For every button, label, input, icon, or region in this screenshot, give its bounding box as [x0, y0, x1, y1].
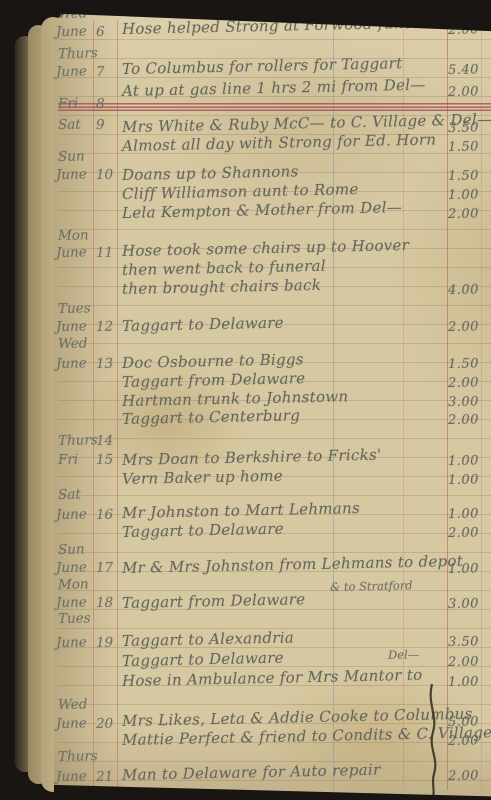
entry-day-of-week: Wed: [58, 696, 88, 713]
entry-amount: 2.00: [448, 733, 479, 749]
entry-amount: 1.00: [448, 674, 479, 690]
entry-amount: 2.00: [448, 375, 479, 391]
entry-amount: 2.00: [448, 319, 479, 335]
entry-month: June: [56, 63, 87, 80]
entry-day-of-week: Sat: [58, 117, 81, 133]
entry-description: Doans up to Shannons: [122, 162, 299, 184]
entry-day-number: 8: [96, 96, 105, 112]
entry-day-of-week: Fri: [58, 96, 78, 112]
entry-amount: 1.00: [448, 561, 479, 577]
entry-day-of-week: Tues: [58, 610, 91, 627]
entry-description: Taggart from Delaware: [122, 590, 306, 612]
entry-day-of-week: Mon: [58, 576, 89, 593]
entry-day-number: 19: [96, 635, 114, 651]
entry-day-of-week: Mon: [58, 227, 89, 244]
entry-description: Taggart to Centerburg: [122, 406, 300, 428]
entry-description: Doc Osbourne to Biggs: [122, 350, 304, 372]
entry-day-number: 7: [96, 64, 105, 80]
entry-amount: 3.00: [448, 596, 479, 612]
right-margin-line: [481, 20, 482, 790]
entry-day-number: 17: [96, 560, 114, 576]
entry-amount: 1.50: [448, 356, 479, 372]
entry-month: June: [56, 244, 87, 261]
entry-day-number: 12: [96, 319, 114, 335]
entry-day-number: 10: [96, 167, 114, 183]
entry-month: June: [56, 634, 87, 651]
entry-day-of-week: Thurs: [58, 432, 98, 449]
entry-description: Taggart to Delaware: [122, 649, 284, 670]
entry-month: June: [56, 594, 87, 611]
entry-month: June: [56, 355, 87, 372]
entry-day-of-week: Fri: [58, 452, 78, 468]
entry-day-number: 15: [96, 452, 114, 468]
entry-amount: 3.50: [448, 634, 479, 650]
entry-amount: 2.00: [448, 525, 479, 541]
entry-day-number: 9: [96, 117, 105, 133]
entry-description: Taggart to Delaware: [122, 520, 284, 541]
entry-amount: 2.00: [448, 768, 479, 784]
entry-month: June: [56, 318, 87, 335]
entry-amount: 3.00: [448, 394, 479, 410]
entry-day-number: 20: [96, 716, 114, 732]
entry-month: June: [56, 715, 87, 732]
entry-day-number: 11: [96, 245, 114, 261]
entry-amount: 2.00: [448, 84, 479, 100]
entry-amount: 1.00: [448, 506, 479, 522]
entry-amount: 3.50: [448, 120, 479, 136]
inline-annotation: Del—: [388, 647, 420, 662]
photographed-ledger-book: WedJune6Hose helped Strong at Forwood fu…: [0, 0, 491, 800]
entry-month: June: [56, 23, 87, 40]
entry-amount: 5.40: [448, 62, 479, 78]
entry-day-of-week: Thurs: [58, 45, 98, 62]
entry-month: June: [56, 166, 87, 183]
entry-month: June: [56, 506, 87, 523]
entry-day-number: 21: [96, 769, 114, 785]
entry-amount: 2.00: [448, 654, 479, 670]
entry-amount: 2.00: [448, 206, 479, 222]
entry-day-of-week: Wed: [58, 335, 88, 352]
entry-description: Taggart to Alexandria: [122, 628, 294, 650]
date-column-line-left: [93, 20, 94, 790]
inline-annotation: & to Stratford: [330, 578, 413, 594]
entry-day-of-week: Sun: [58, 541, 85, 558]
entry-day-number: 6: [96, 24, 105, 40]
entry-day-number: 14: [96, 433, 114, 449]
entry-amount: 4.00: [448, 282, 479, 298]
entry-day-of-week: Tues: [58, 300, 91, 317]
entry-amount: 1.00: [448, 453, 479, 469]
entry-description: Vern Baker up home: [122, 467, 283, 488]
entry-day-of-week: Sat: [58, 487, 81, 503]
entry-month: June: [56, 768, 87, 785]
entry-day-number: 16: [96, 507, 114, 523]
entry-amount: 2.00: [448, 412, 479, 428]
entry-day-of-week: Thurs: [58, 748, 98, 765]
entry-amount: 1.50: [448, 139, 479, 155]
entry-amount: 1.00: [448, 472, 479, 488]
date-column-line-right: [117, 20, 118, 790]
entry-description: Taggart to Delaware: [122, 314, 284, 335]
entry-amount: 1.50: [448, 168, 479, 184]
entry-month: June: [56, 559, 87, 576]
entry-day-of-week: Sun: [58, 148, 85, 165]
entry-amount: 1.00: [448, 187, 479, 203]
page-tear: [408, 678, 448, 800]
entry-day-number: 13: [96, 356, 114, 372]
entry-day-number: 18: [96, 595, 114, 611]
